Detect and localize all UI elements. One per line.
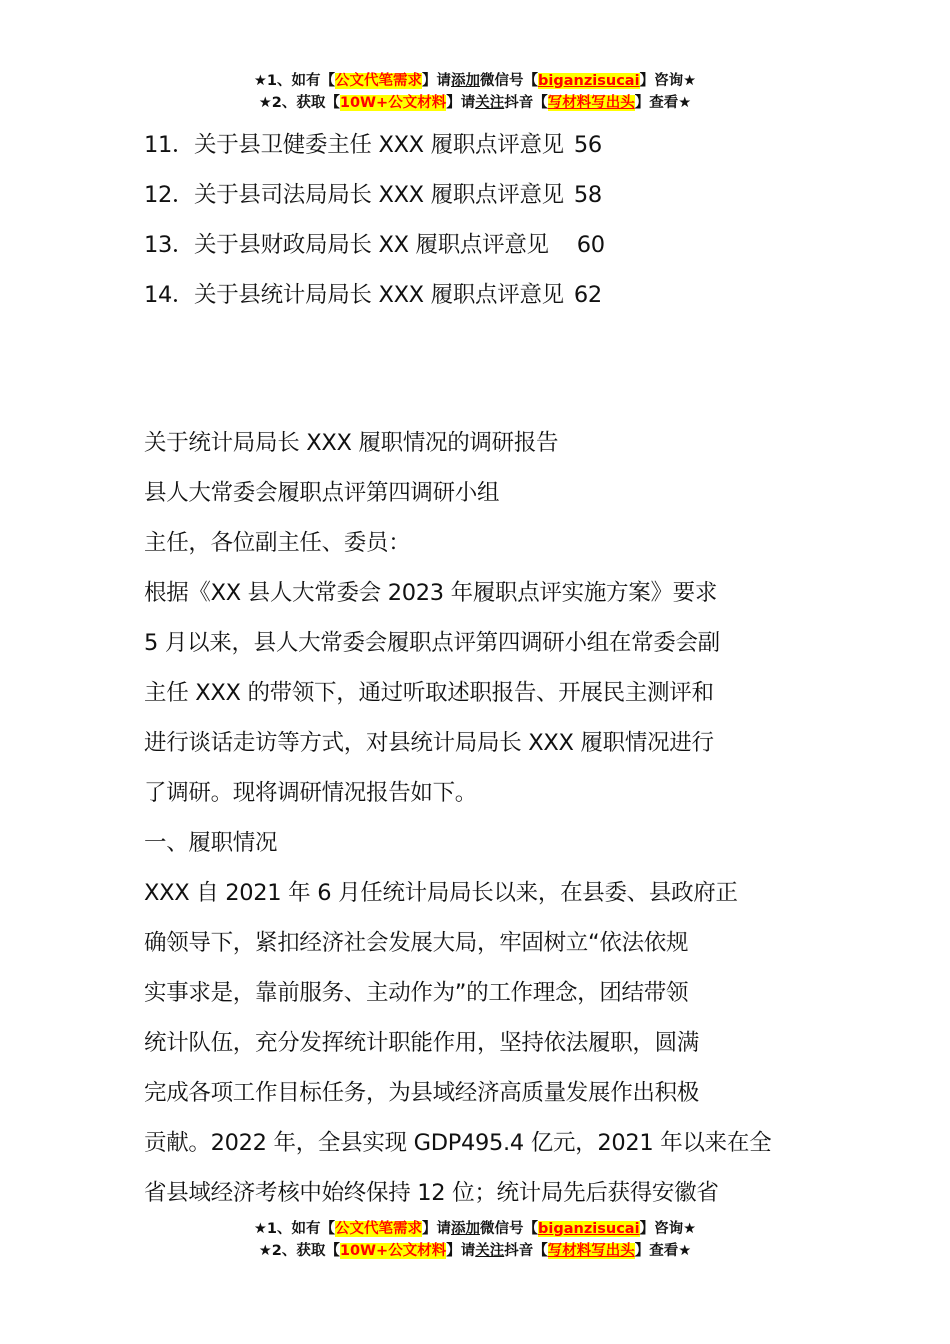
banner-text: 微信号【 — [480, 1221, 538, 1237]
toc-title: 关于县卫健委主任 XXX 履职点评意见 — [194, 120, 564, 170]
banner-text: 】请 — [446, 1243, 475, 1259]
banner-wechat-id: biganzisucai — [538, 1221, 640, 1237]
banner-highlight: 10W+公文材料 — [340, 1243, 446, 1259]
report-title: 关于统计局局长 XXX 履职情况的调研报告 — [144, 418, 814, 468]
toc-entry: 11．关于县卫健委主任 XXX 履职点评意见56 — [144, 120, 814, 170]
paragraph-line: 确领导下，紧扣经济社会发展大局，牢固树立“依法依规 — [144, 918, 814, 968]
banner-text: 】咨询★ — [640, 73, 697, 89]
paragraph-line: 根据《XX 县人大常委会 2023 年履职点评实施方案》要求 — [144, 568, 814, 618]
toc-number: 13． — [144, 220, 194, 270]
banner-text: 】查看★ — [635, 95, 692, 111]
banner-underlined: 添加 — [451, 1221, 480, 1237]
banner-text: 】请 — [422, 73, 451, 89]
banner-douyin-id: 写材料写出头 — [548, 95, 635, 111]
footer-banner: ★1、如有【公文代笔需求】请添加微信号【biganzisucai】咨询★ ★2、… — [0, 1218, 950, 1262]
toc-title: 关于县财政局局长 XX 履职点评意见 — [194, 220, 549, 270]
banner-text: ★1、如有【 — [254, 73, 335, 89]
banner-underlined: 关注 — [475, 95, 504, 111]
banner-text: 】咨询★ — [640, 1221, 697, 1237]
paragraph-line: 实事求是，靠前服务、主动作为”的工作理念，团结带领 — [144, 968, 814, 1018]
banner-text: 】请 — [422, 1221, 451, 1237]
banner-wechat-id: biganzisucai — [538, 73, 640, 89]
banner-line-1: ★1、如有【公文代笔需求】请添加微信号【biganzisucai】咨询★ — [0, 1218, 950, 1240]
paragraph-line: 贡献。2022 年，全县实现 GDP495.4 亿元，2021 年以来在全 — [144, 1118, 814, 1168]
report-author: 县人大常委会履职点评第四调研小组 — [144, 468, 814, 518]
paragraph-line: 进行谈话走访等方式，对县统计局局长 XXX 履职情况进行 — [144, 718, 814, 768]
toc-title: 关于县统计局局长 XXX 履职点评意见 — [194, 270, 564, 320]
banner-text: ★2、获取【 — [259, 95, 340, 111]
banner-text: 抖音【 — [504, 1243, 548, 1259]
banner-highlight: 公文代笔需求 — [335, 1221, 422, 1237]
toc-entry: 12．关于县司法局局长 XXX 履职点评意见58 — [144, 170, 814, 220]
toc-title: 关于县司法局局长 XXX 履职点评意见 — [194, 170, 564, 220]
banner-text: ★2、获取【 — [259, 1243, 340, 1259]
banner-highlight: 公文代笔需求 — [335, 73, 422, 89]
banner-text: 微信号【 — [480, 73, 538, 89]
toc-list: 11．关于县卫健委主任 XXX 履职点评意见56 12．关于县司法局局长 XXX… — [144, 120, 814, 320]
banner-text: 抖音【 — [504, 95, 548, 111]
paragraph-line: 统计队伍，充分发挥统计职能作用，坚持依法履职，圆满 — [144, 1018, 814, 1068]
toc-page: 62 — [574, 270, 602, 320]
banner-text: 】查看★ — [635, 1243, 692, 1259]
section-heading: 一、履职情况 — [144, 818, 814, 868]
toc-number: 12． — [144, 170, 194, 220]
paragraph-line: 省县域经济考核中始终保持 12 位；统计局先后获得安徽省 — [144, 1168, 814, 1218]
toc-entry: 13．关于县财政局局长 XX 履职点评意见60 — [144, 220, 814, 270]
toc-page: 60 — [577, 220, 605, 270]
paragraph-line: 完成各项工作目标任务，为县域经济高质量发展作出积极 — [144, 1068, 814, 1118]
banner-line-2: ★2、获取【10W+公文材料】请关注抖音【写材料写出头】查看★ — [0, 92, 950, 114]
banner-text: ★1、如有【 — [254, 1221, 335, 1237]
report-body: 关于统计局局长 XXX 履职情况的调研报告 县人大常委会履职点评第四调研小组 主… — [144, 418, 814, 1218]
paragraph-line: 了调研。现将调研情况报告如下。 — [144, 768, 814, 818]
toc-page: 56 — [574, 120, 602, 170]
paragraph-line: XXX 自 2021 年 6 月任统计局局长以来，在县委、县政府正 — [144, 868, 814, 918]
toc-entry: 14．关于县统计局局长 XXX 履职点评意见62 — [144, 270, 814, 320]
toc-page: 58 — [574, 170, 602, 220]
report-salutation: 主任，各位副主任、委员： — [144, 518, 814, 568]
toc-number: 14． — [144, 270, 194, 320]
paragraph-line: 主任 XXX 的带领下，通过听取述职报告、开展民主测评和 — [144, 668, 814, 718]
banner-underlined: 关注 — [475, 1243, 504, 1259]
banner-douyin-id: 写材料写出头 — [548, 1243, 635, 1259]
banner-line-2: ★2、获取【10W+公文材料】请关注抖音【写材料写出头】查看★ — [0, 1240, 950, 1262]
banner-text: 】请 — [446, 95, 475, 111]
banner-underlined: 添加 — [451, 73, 480, 89]
toc-number: 11． — [144, 120, 194, 170]
banner-line-1: ★1、如有【公文代笔需求】请添加微信号【biganzisucai】咨询★ — [0, 70, 950, 92]
header-banner: ★1、如有【公文代笔需求】请添加微信号【biganzisucai】咨询★ ★2、… — [0, 70, 950, 114]
paragraph-line: 5 月以来，县人大常委会履职点评第四调研小组在常委会副 — [144, 618, 814, 668]
banner-highlight: 10W+公文材料 — [340, 95, 446, 111]
